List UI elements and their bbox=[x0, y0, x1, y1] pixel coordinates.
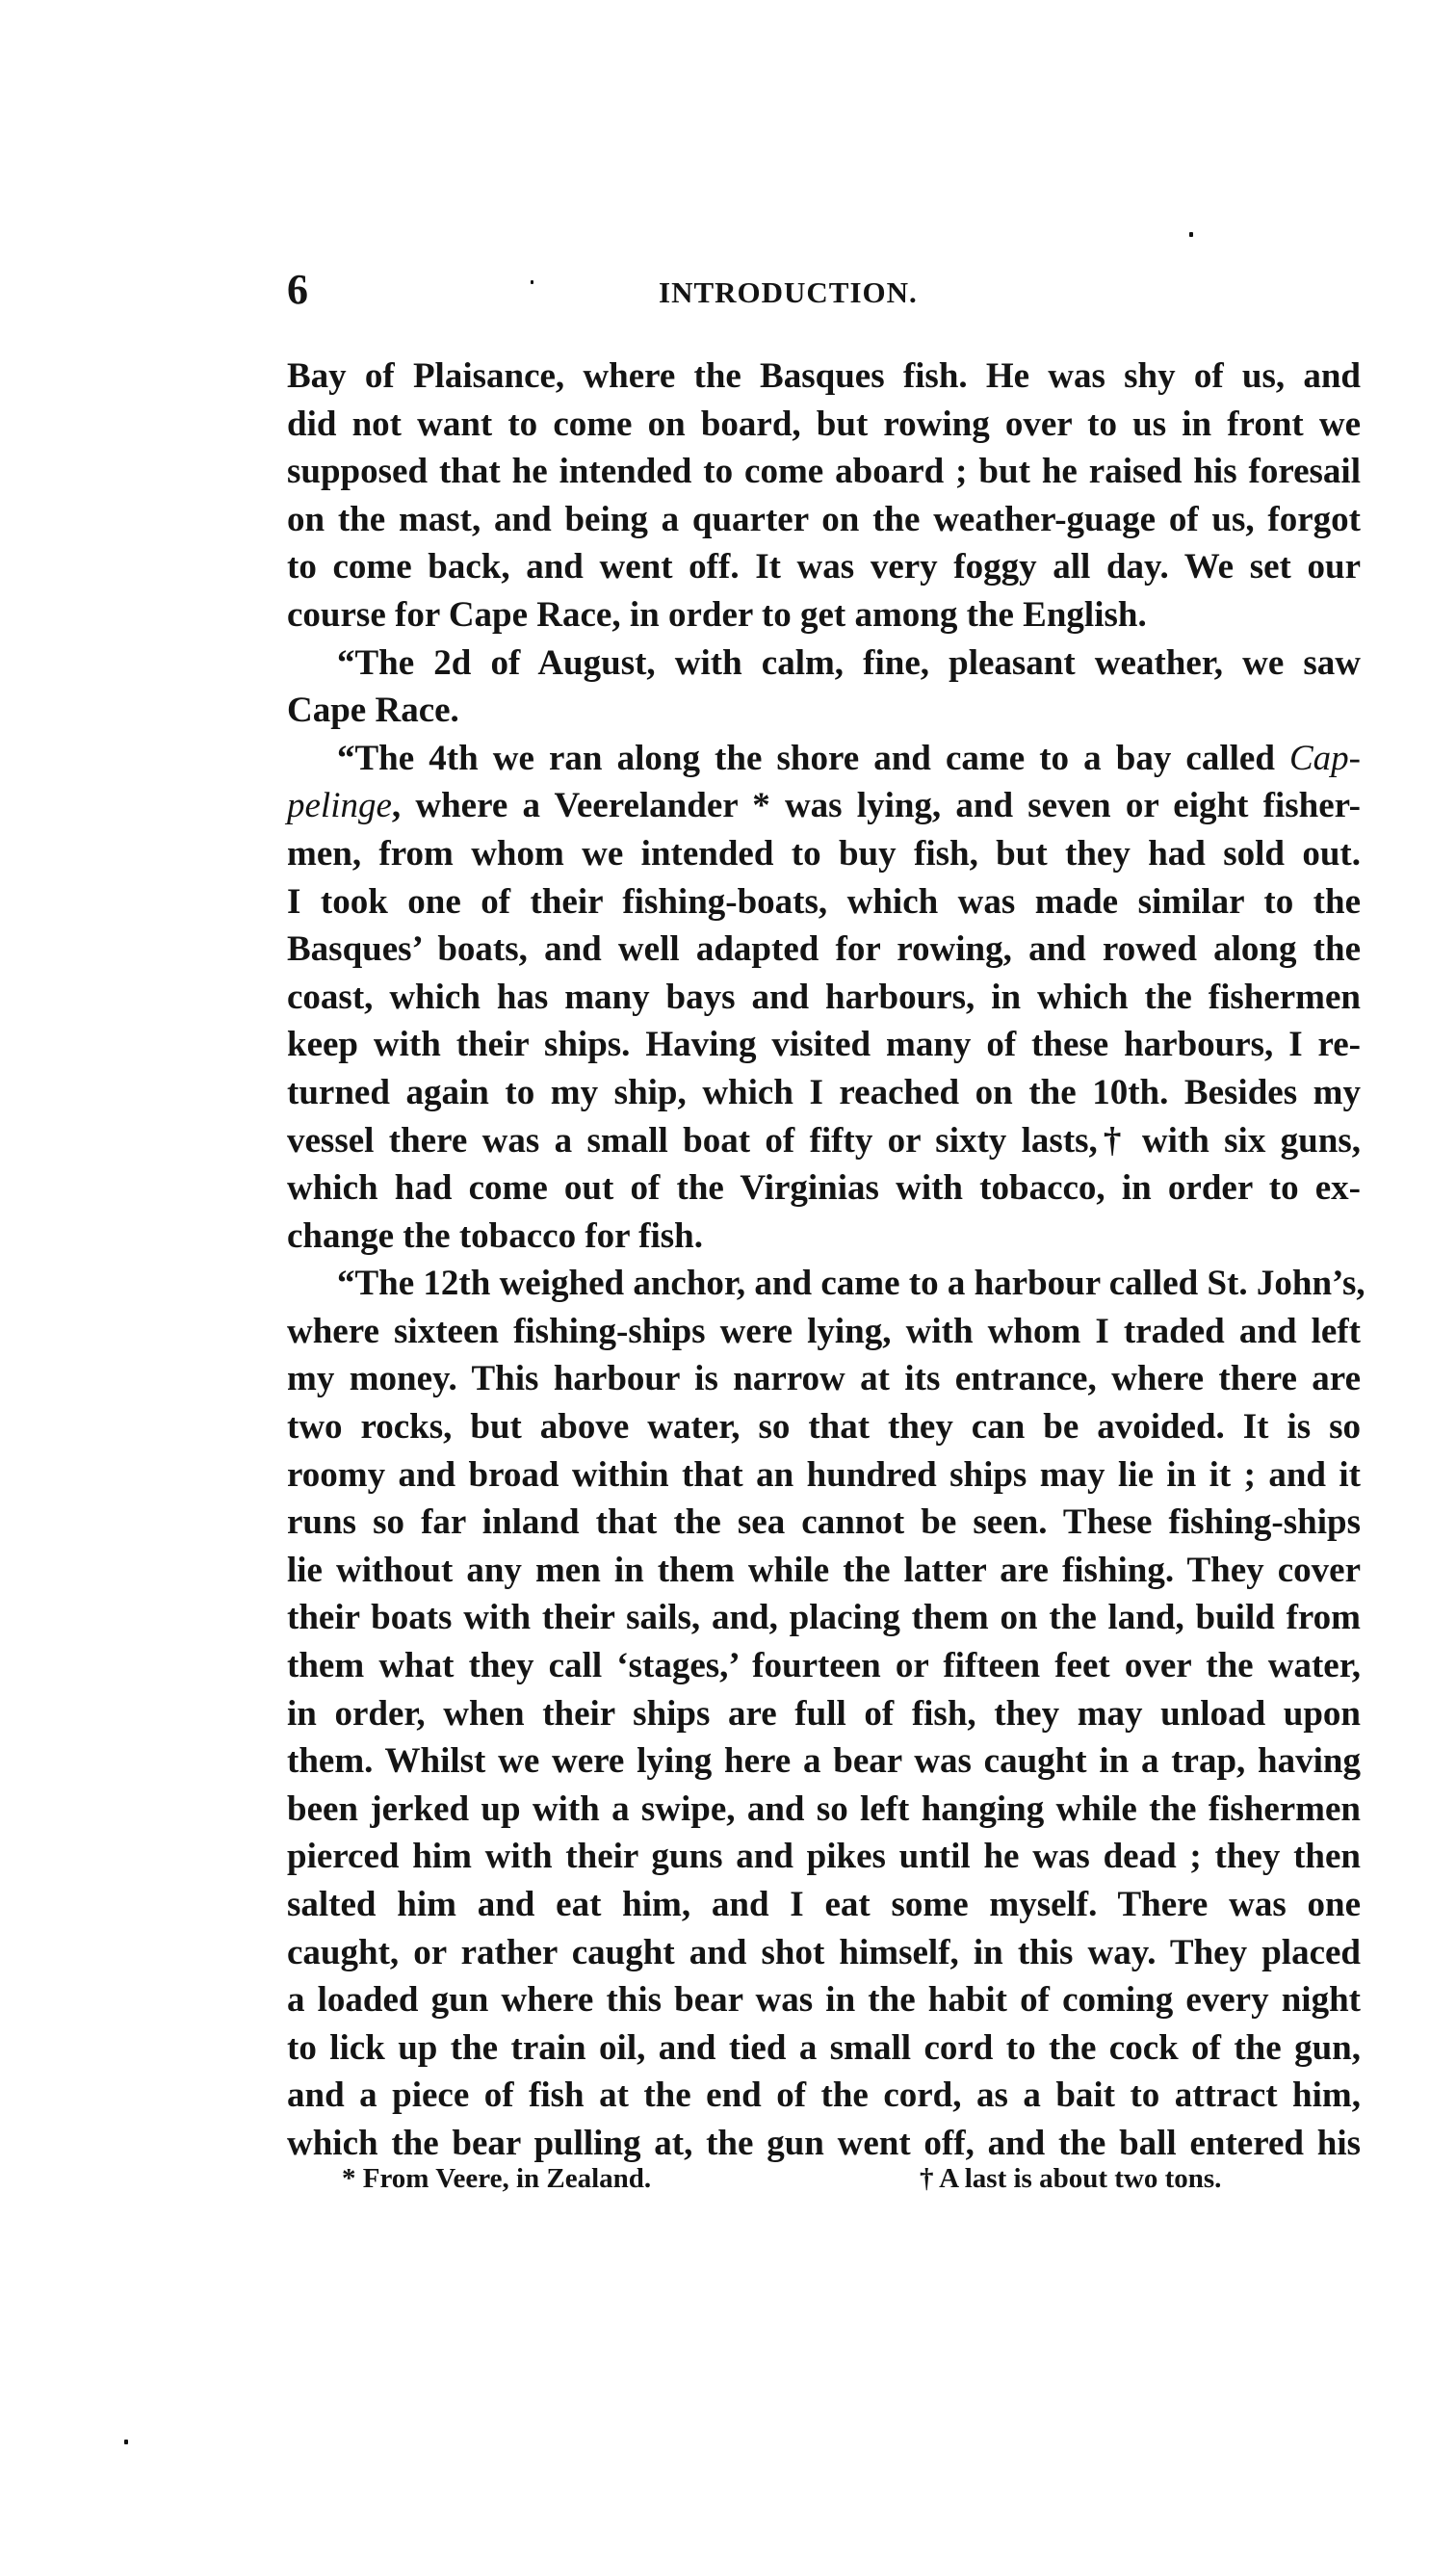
print-speck-bottom-left bbox=[124, 2440, 128, 2444]
text-line: roomy and broad within that an hundred s… bbox=[287, 1451, 1361, 1500]
print-speck-top-right bbox=[1189, 232, 1193, 237]
text-line: my money. This harbour is narrow at its … bbox=[287, 1355, 1361, 1403]
text-line: in order, when their ships are full of f… bbox=[287, 1690, 1361, 1738]
footnote-asterisk: * From Veere, in Zealand. bbox=[342, 2157, 651, 2200]
book-page: 6 INTRODUCTION. Bay of Plaisance, where … bbox=[0, 0, 1456, 2558]
text-line: been jerked up with a swipe, and so left… bbox=[287, 1786, 1361, 1834]
line-text: , where a Veerelander * was lying, and s… bbox=[392, 786, 1361, 825]
text-line: on the mast, and being a quarter on the … bbox=[287, 496, 1361, 544]
text-line: “The 2d of August, with calm, fine, plea… bbox=[287, 639, 1361, 688]
text-line: keep with their ships. Having visited ma… bbox=[287, 1021, 1361, 1069]
text-line: I took one of their fishing-boats, which… bbox=[287, 878, 1361, 927]
text-line: to come back, and went off. It was very … bbox=[287, 543, 1361, 591]
italic-word: Cap- bbox=[1289, 739, 1361, 778]
text-line: salted him and eat him, and I eat some m… bbox=[287, 1881, 1361, 1929]
text-line: a loaded gun where this bear was in the … bbox=[287, 1976, 1361, 2024]
text-line: which had come out of the Virginias with… bbox=[287, 1164, 1361, 1213]
text-line: “The 12th weighed anchor, and came to a … bbox=[287, 1260, 1361, 1308]
running-head: 6 INTRODUCTION. bbox=[287, 266, 1361, 314]
text-line: course for Cape Race, in order to get am… bbox=[287, 591, 1361, 639]
text-line: pelinge, where a Veerelander * was lying… bbox=[287, 782, 1361, 830]
text-line: to lick up the train oil, and tied a sma… bbox=[287, 2024, 1361, 2073]
text-line: them what they call ‘stages,’ fourteen o… bbox=[287, 1642, 1361, 1690]
text-line: caught, or rather caught and shot himsel… bbox=[287, 1929, 1361, 1977]
text-line: their boats with their sails, and, placi… bbox=[287, 1594, 1361, 1642]
text-line: where sixteen fishing-ships were lying, … bbox=[287, 1308, 1361, 1356]
text-line: lie without any men in them while the la… bbox=[287, 1547, 1361, 1595]
footnote-dagger: † A last is about two tons. bbox=[920, 2157, 1221, 2200]
text-line: Cape Race. bbox=[287, 687, 1361, 735]
page-number: 6 bbox=[287, 266, 308, 314]
text-line: supposed that he intended to come aboard… bbox=[287, 448, 1361, 496]
print-speck-header bbox=[531, 280, 533, 284]
text-line: runs so far inland that the sea cannot b… bbox=[287, 1499, 1361, 1547]
italic-word: pelinge bbox=[287, 786, 392, 825]
text-line: did not want to come on board, but rowin… bbox=[287, 401, 1361, 449]
text-line: two rocks, but above water, so that they… bbox=[287, 1403, 1361, 1451]
line-text: “The 4th we ran along the shore and came… bbox=[337, 739, 1289, 778]
running-title: INTRODUCTION. bbox=[659, 274, 918, 312]
text-line: men, from whom we intended to buy fish, … bbox=[287, 830, 1361, 878]
text-line: coast, which has many bays and harbours,… bbox=[287, 974, 1361, 1022]
body-text: Bay of Plaisance, where the Basques fish… bbox=[287, 352, 1361, 2168]
text-line: turned again to my ship, which I reached… bbox=[287, 1069, 1361, 1117]
text-line: Bay of Plaisance, where the Basques fish… bbox=[287, 352, 1361, 401]
text-line: vessel there was a small boat of fifty o… bbox=[287, 1117, 1361, 1165]
text-line: them. Whilst we were lying here a bear w… bbox=[287, 1737, 1361, 1786]
footnotes: * From Veere, in Zealand. † A last is ab… bbox=[287, 2157, 1361, 2200]
text-line: “The 4th we ran along the shore and came… bbox=[287, 735, 1361, 783]
text-line: change the tobacco for fish. bbox=[287, 1213, 1361, 1261]
text-line: and a piece of fish at the end of the co… bbox=[287, 2072, 1361, 2120]
text-line: pierced him with their guns and pikes un… bbox=[287, 1833, 1361, 1881]
text-line: Basques’ boats, and well adapted for row… bbox=[287, 926, 1361, 974]
